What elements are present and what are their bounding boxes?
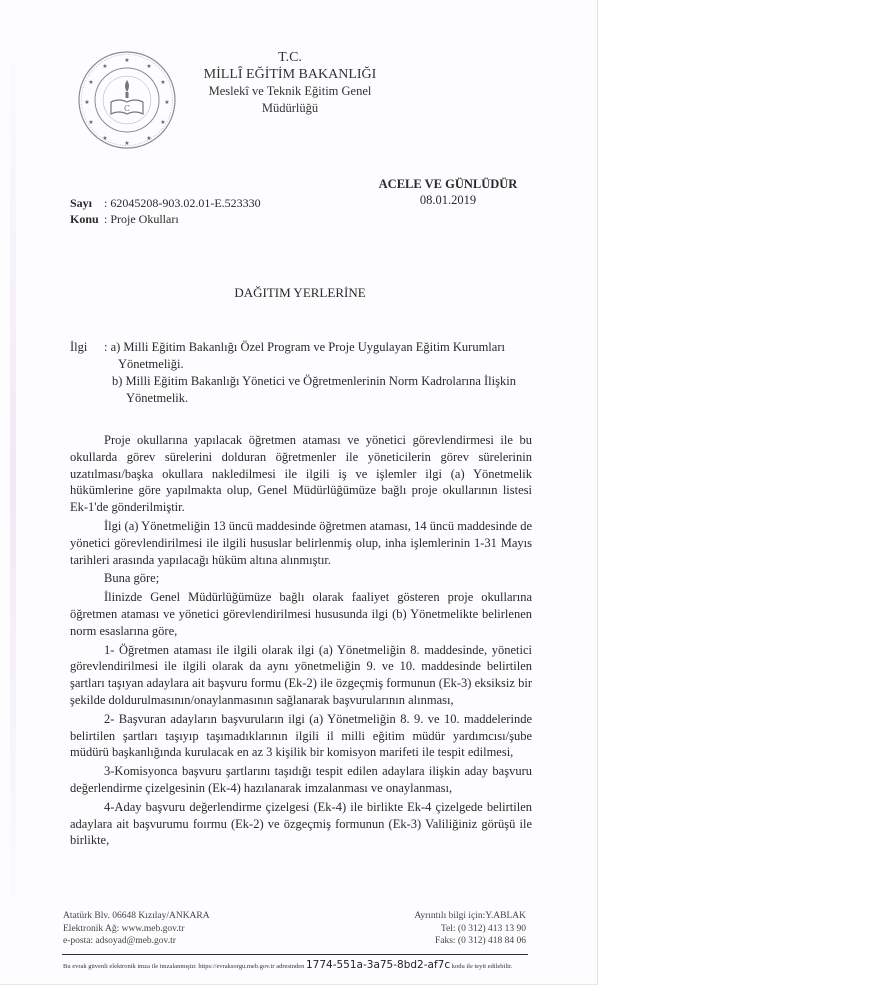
svg-text:★: ★ <box>124 57 129 64</box>
reference-block: İlgi : a) Milli Eğitim Bakanlığı Özel Pr… <box>70 339 530 407</box>
footer-phone: Tel: (0 312) 413 13 90 <box>390 923 526 936</box>
body-paragraph: İlinizde Genel Müdürlüğümüze bağlı olara… <box>70 589 532 639</box>
svg-text:★: ★ <box>88 79 93 86</box>
footer-contact-person: Ayrıntılı bilgi için:Y.ABLAK <box>390 910 526 923</box>
footer-website: Elektronik Ağ: www.meb.gov.tr <box>63 923 210 936</box>
document-meta: Sayı: 62045208-903.02.01-E.523330 Konu: … <box>70 195 261 227</box>
sayi-label: Sayı <box>70 195 104 211</box>
body-paragraph: Proje okullarına yapılacak öğretmen atam… <box>70 432 532 516</box>
body-paragraph: 2- Başvuran adayların başvuruların ilgi … <box>70 711 532 761</box>
letterhead-line-tc: T.C. <box>180 49 400 66</box>
svg-text:★: ★ <box>160 119 165 126</box>
urgency-label: ACELE VE GÜNLÜDÜR <box>378 176 518 192</box>
svg-text:★: ★ <box>124 140 129 147</box>
body-paragraph: İlgi (a) Yönetmeliğin 13 üncü maddesinde… <box>70 518 532 568</box>
svg-text:★: ★ <box>146 63 151 70</box>
konu-value: : Proje Okulları <box>104 212 179 226</box>
addressee: DAĞITIM YERLERİNE <box>60 285 540 301</box>
verify-suffix: kodu ile teyit edilebilir. <box>450 963 512 970</box>
footer-address: Atatürk Blv. 06648 Kızılay/ANKARA Elektr… <box>63 910 210 948</box>
svg-text:★: ★ <box>164 99 169 106</box>
svg-text:★: ★ <box>84 99 89 106</box>
svg-text:★: ★ <box>102 63 107 70</box>
sayi-value: : 62045208-903.02.01-E.523330 <box>104 196 261 210</box>
body-paragraph: 4-Aday başvuru değerlendirme çizelgesi (… <box>70 799 532 849</box>
svg-text:★: ★ <box>160 79 165 86</box>
document-date: 08.01.2019 <box>378 192 518 208</box>
footer-email: e-posta: adsoyad@meb.gov.tr <box>63 935 210 948</box>
footer-contact: Ayrıntılı bilgi için:Y.ABLAK Tel: (0 312… <box>390 910 526 948</box>
ministry-seal-icon: ★ ★ ★ ★ ★ ★ ★ ★ ★ ★ ★ ★ C <box>77 50 177 150</box>
letterhead: T.C. MİLLÎ EĞİTİM BAKANLIĞI Meslekî ve T… <box>180 49 400 117</box>
body-paragraph: 3-Komisyonca başvuru şartlarını taşıdığı… <box>70 763 532 797</box>
document-page: ★ ★ ★ ★ ★ ★ ★ ★ ★ ★ ★ ★ C T.C. MİLLÎ EĞİ… <box>0 0 598 985</box>
letter-body: Proje okullarına yapılacak öğretmen atam… <box>70 432 532 851</box>
svg-text:★: ★ <box>88 119 93 126</box>
reference-label: İlgi <box>70 339 87 356</box>
body-paragraph: 1- Öğretmen ataması ile ilgili olarak il… <box>70 642 532 709</box>
body-paragraph: Buna göre; <box>70 570 532 587</box>
footer-divider <box>62 954 528 955</box>
svg-text:C: C <box>124 104 130 113</box>
konu-label: Konu <box>70 211 104 227</box>
urgency-block: ACELE VE GÜNLÜDÜR 08.01.2019 <box>378 176 518 208</box>
reference-item: : a) Milli Eğitim Bakanlığı Özel Program… <box>104 339 530 373</box>
e-signature-note: Bu evrak güvenli elektronik imza ile imz… <box>63 959 533 971</box>
letterhead-ministry: MİLLÎ EĞİTİM BAKANLIĞI <box>180 66 400 83</box>
letterhead-directorate: Meslekî ve Teknik Eğitim Genel Müdürlüğü <box>180 83 400 117</box>
verify-prefix: Bu evrak güvenli elektronik imza ile imz… <box>63 963 306 970</box>
verify-code: 1774-551a-3a75-8bd2-af7c <box>306 959 450 971</box>
footer-fax: Faks: (0 312) 418 84 06 <box>390 935 526 948</box>
svg-text:★: ★ <box>146 135 151 142</box>
footer-address-line: Atatürk Blv. 06648 Kızılay/ANKARA <box>63 910 210 923</box>
svg-text:★: ★ <box>102 135 107 142</box>
reference-item: b) Milli Eğitim Bakanlığı Yönetici ve Öğ… <box>112 373 530 407</box>
